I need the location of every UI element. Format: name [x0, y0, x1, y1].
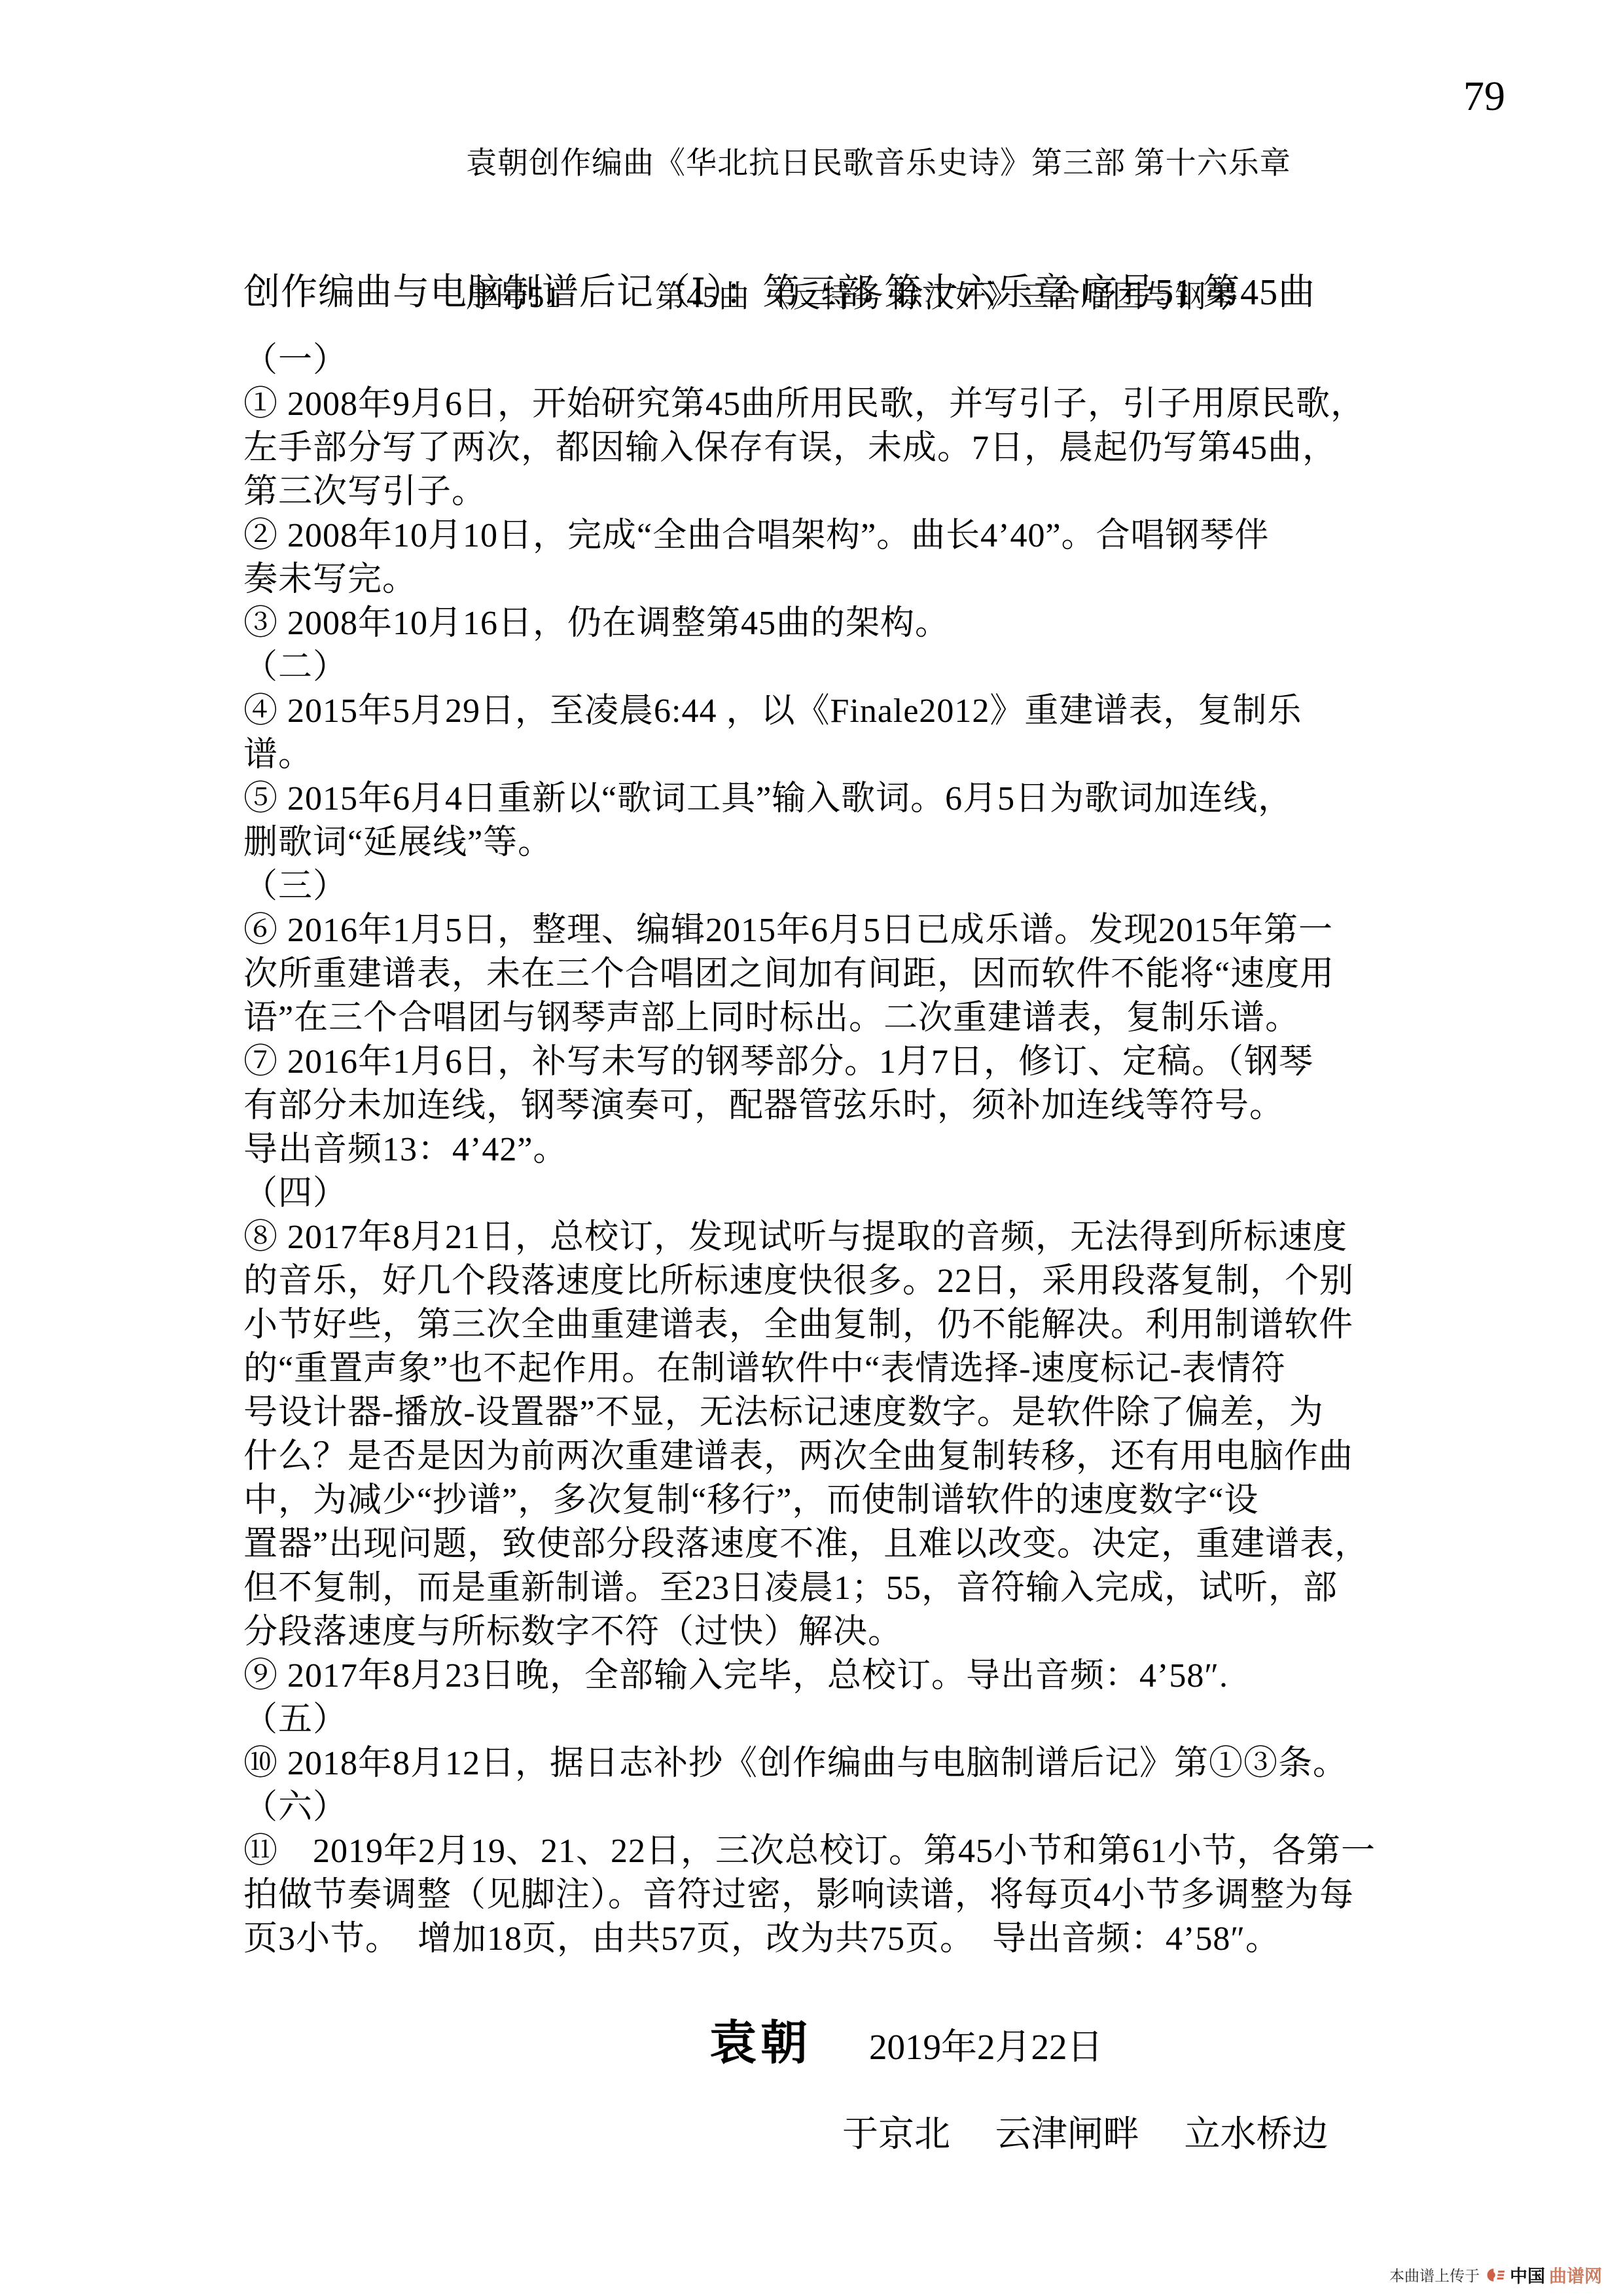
body-line: 语”在三个合唱团与钢琴声部上同时标出。二次重建谱表，复制乐谱。 [243, 996, 1513, 1040]
body-line: 号设计器-播放-设置器”不显，无法标记速度数字。是软件除了偏差，为 [243, 1391, 1513, 1435]
body-line: ② 2008年10月10日，完成“全曲合唱架构”。曲长4’40”。合唱钢琴伴 [243, 514, 1513, 558]
section-heading: 创作编曲与电脑制谱后记（Ⅰ）：第三部 第十六乐章 序号51 第45曲 [243, 271, 1513, 315]
body-line: （二） [243, 645, 1513, 689]
author-name: 袁朝 [709, 2017, 811, 2070]
running-header-line1: 袁朝创作编曲《华北抗日民歌音乐史诗》第三部 第十六乐章 [466, 141, 1291, 186]
signature-place: 于京北 云津闸畔 立水桥边 [842, 2114, 1329, 2155]
body-line: ⑪ 2019年2月19、21、22日，三次总校订。第45小节和第61小节，各第一 [243, 1829, 1513, 1873]
body-line: ③ 2008年10月16日，仍在调整第45曲的架构。 [243, 601, 1513, 645]
signature-row: 袁朝 2019年2月22日 [709, 2017, 1329, 2073]
body-line: 奏未写完。 [243, 558, 1513, 601]
watermark-prefix: 本曲谱上传于 [1389, 2264, 1480, 2286]
body-line: （四） [243, 1172, 1513, 1215]
body-line: 中，为减少“抄谱”，多次复制“移行”，而使制谱软件的速度数字“设 [243, 1479, 1513, 1522]
body-line: ④ 2015年5月29日，至凌晨6:44 ，以《Finale2012》重建谱表，… [243, 689, 1513, 733]
body-line: ⑨ 2017年8月23日晚，全部输入完毕，总校订。导出音频：4’58″. [243, 1654, 1513, 1698]
body-line: 的音乐，好几个段落速度比所标速度快很多。22日，采用段落复制，个别 [243, 1259, 1513, 1303]
body-line: ⑥ 2016年1月5日，整理、编辑2015年6月5日已成乐谱。发现2015年第一 [243, 908, 1513, 952]
body-line: ⑩ 2018年8月12日，据日志补抄《创作编曲与电脑制谱后记》第①③条。 [243, 1742, 1513, 1785]
body-line: （三） [243, 865, 1513, 908]
body-line: 次所重建谱表，未在三个合唱团之间加有间距，因而软件不能将“速度用 [243, 952, 1513, 996]
body-line: 页3小节。 增加18页，由共57页，改为共75页。 导出音频：4’58″。 [243, 1917, 1513, 1961]
body-line: 谱。 [243, 733, 1513, 777]
watermark-brand-black: 中国 [1510, 2262, 1545, 2287]
body-line: 小节好些，第三次全曲重建谱表，全曲复制，仍不能解决。利用制谱软件 [243, 1303, 1513, 1347]
body-line: 拍做节奏调整（见脚注）。音符过密，影响读谱，将每页4小节多调整为每 [243, 1873, 1513, 1917]
signature-block: 袁朝 2019年2月22日 于京北 云津闸畔 立水桥边 [709, 1994, 1329, 2178]
signature-date: 2019年2月22日 [869, 2021, 1103, 2073]
body-line: 导出音频13：4’42”。 [243, 1128, 1513, 1172]
body-lines: （一）① 2008年9月6日，开始研究第45曲所用民歌，并写引子，引子用原民歌，… [243, 338, 1513, 1961]
site-watermark: 本曲谱上传于 中国 曲谱网 [1389, 2262, 1602, 2287]
body-line: ⑤ 2015年6月4日重新以“歌词工具”输入歌词。6月5日为歌词加连线， [243, 777, 1513, 821]
body-line: 左手部分写了两次，都因输入保存有误，未成。7日，晨起仍写第45曲， [243, 426, 1513, 470]
watermark-brand-orange: 曲谱网 [1549, 2262, 1602, 2287]
body-line: 置器”出现问题，致使部分段落速度不准，且难以改变。决定，重建谱表， [243, 1522, 1513, 1566]
body-line: ① 2008年9月6日，开始研究第45曲所用民歌，并写引子，引子用原民歌， [243, 382, 1513, 426]
document-page: 袁朝创作编曲《华北抗日民歌音乐史诗》第三部 第十六乐章 序号51 第45曲 《反… [0, 0, 1623, 2296]
postscript-body: 创作编曲与电脑制谱后记（Ⅰ）：第三部 第十六乐章 序号51 第45曲 （一）① … [243, 247, 1513, 1984]
body-line: （一） [243, 338, 1513, 382]
body-line: 的“重置声象”也不起作用。在制谱软件中“表情选择-速度标记-表情符 [243, 1347, 1513, 1391]
body-line: ⑦ 2016年1月6日，补写未写的钢琴部分。1月7日，修订、定稿。（钢琴 [243, 1040, 1513, 1084]
body-line: 删歌词“延展线”等。 [243, 821, 1513, 865]
body-line: （六） [243, 1785, 1513, 1829]
qupu-logo-icon [1486, 2265, 1506, 2285]
body-line: 第三次写引子。 [243, 470, 1513, 514]
body-line: 有部分未加连线，钢琴演奏可，配器管弦乐时，须补加连线等符号。 [243, 1084, 1513, 1128]
body-line: 什么？是否是因为前两次重建谱表，两次全曲复制转移，还有用电脑作曲 [243, 1435, 1513, 1479]
body-line: 分段落速度与所标数字不符（过快）解决。 [243, 1610, 1513, 1654]
body-line: ⑧ 2017年8月21日，总校订，发现试听与提取的音频，无法得到所标速度 [243, 1215, 1513, 1259]
body-line: （五） [243, 1698, 1513, 1742]
body-line: 但不复制，而是重新制谱。至23日凌晨1；55，音符输入完成，试听，部 [243, 1566, 1513, 1610]
page-number: 79 [1463, 73, 1505, 119]
